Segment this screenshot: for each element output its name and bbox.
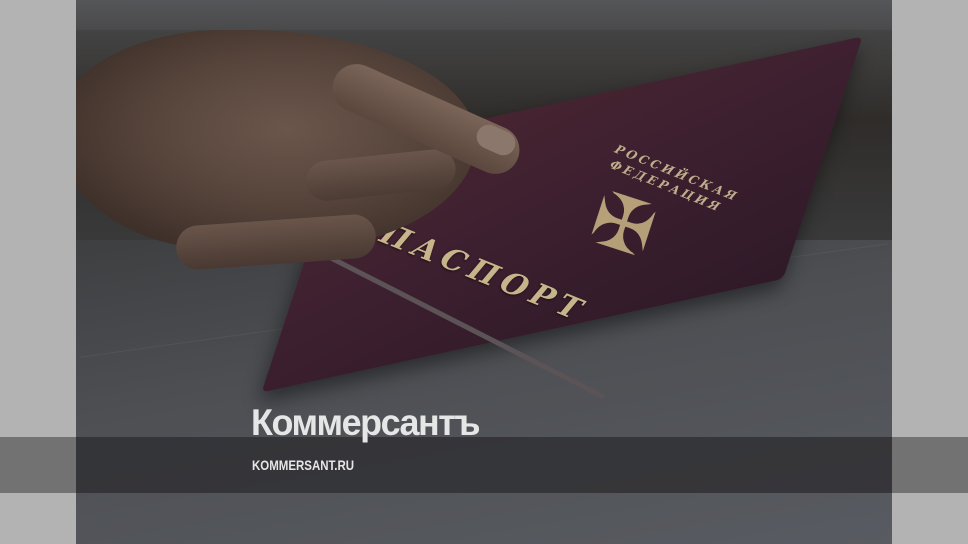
background-wall <box>76 0 892 30</box>
brand-banner <box>0 437 968 493</box>
site-url: KOMMERSANT.RU <box>252 456 354 474</box>
brand-banner-inner <box>76 437 892 493</box>
kommersant-logo: Коммерсантъ <box>251 402 479 444</box>
